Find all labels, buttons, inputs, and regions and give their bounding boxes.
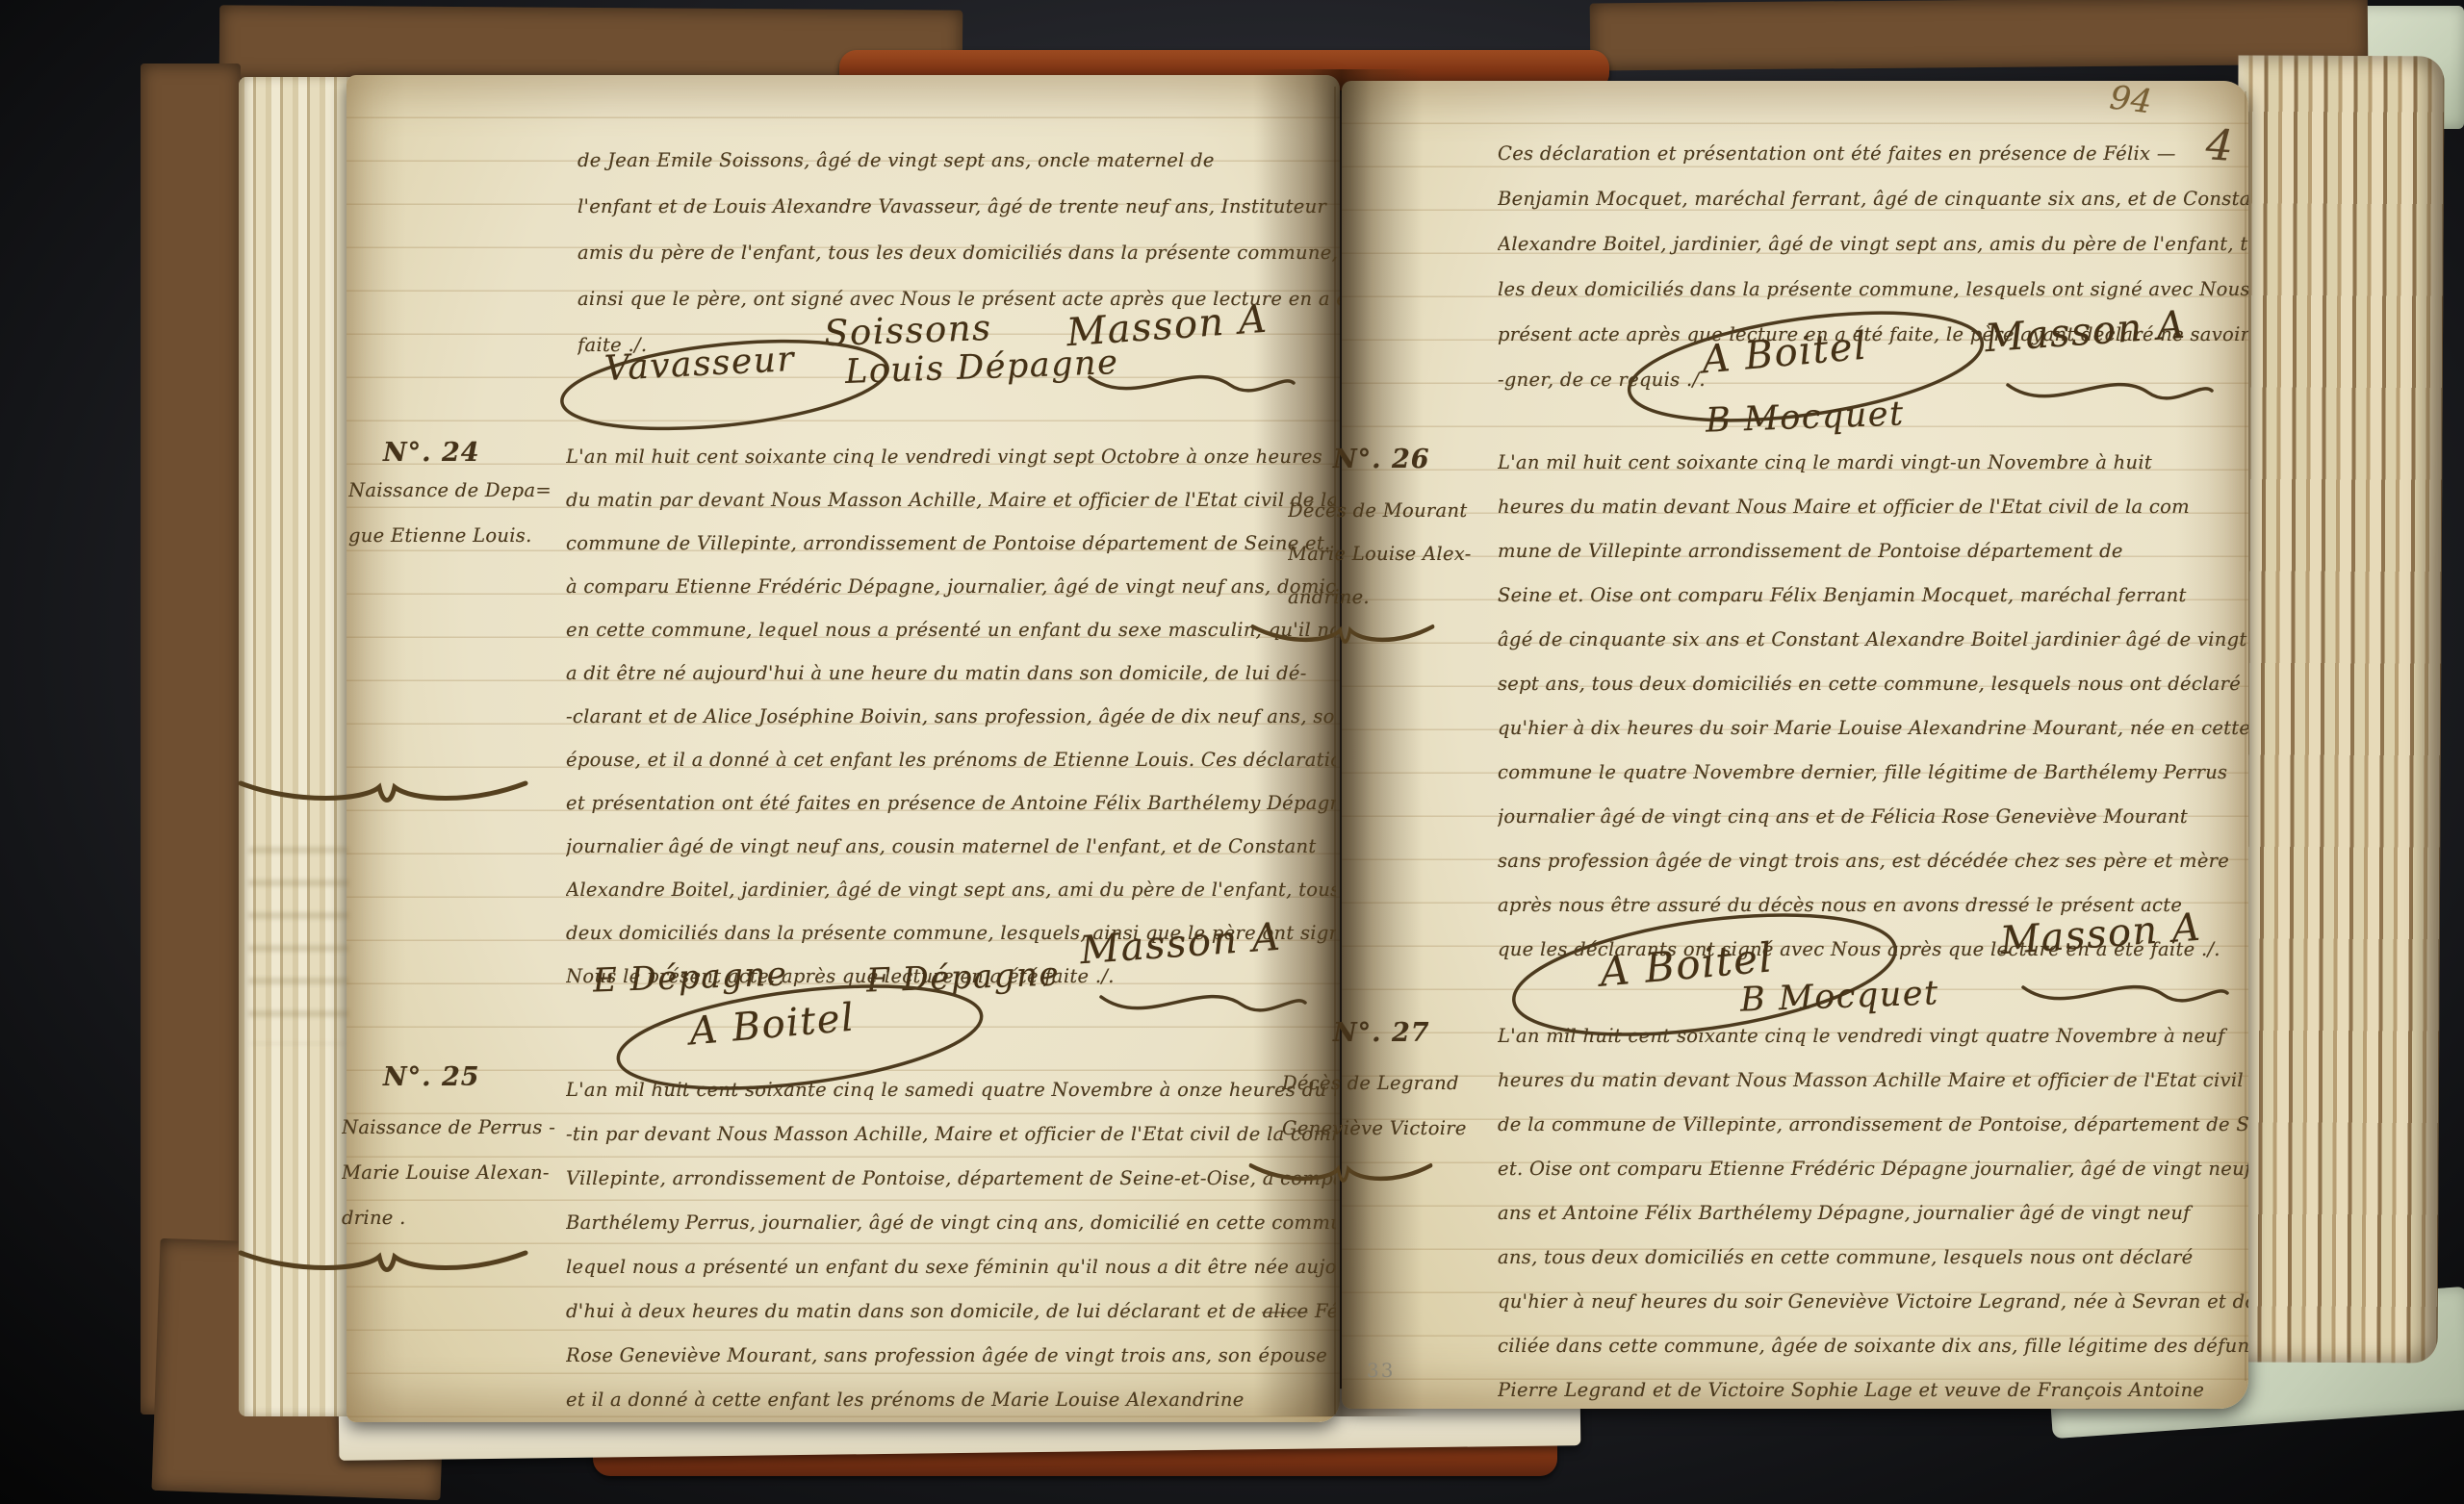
marble-cover-left-edge [141, 64, 241, 1415]
handwritten-line: qu'hier à dix heures du soir Marie Louis… [1498, 706, 2248, 751]
handwritten-line: épouse, et il a donné à cet enfant les p… [566, 738, 1336, 781]
handwritten-line: journalier âgé de vingt cinq ans et de F… [1498, 795, 2248, 839]
handwritten-line: a dit être né aujourd'hui à une heure du… [566, 651, 1336, 695]
handwritten-line: drine . [342, 1195, 571, 1240]
handwritten-line: ans et Antoine Félix Barthélemy Dépagne,… [1498, 1191, 2248, 1236]
handwritten-line: Geneviève Victoire [1282, 1106, 1503, 1151]
entry-24-margin-brace [239, 776, 527, 810]
handwritten-line: gue Etienne Louis. [348, 513, 575, 558]
handwritten-line: L'an mil huit cent soixante cinq le vend… [1498, 1014, 2248, 1058]
handwritten-line: ciliée dans cette commune, âgée de soixa… [1498, 1324, 2248, 1368]
handwritten-line: Alexandre Boitel, jardinier, âgé de ving… [566, 868, 1336, 911]
handwritten-line: Alexandre Boitel, jardinier, âgé de ving… [1498, 221, 2248, 267]
handwritten-line: Barthélemy Perrus, journalier, âgé de vi… [566, 1201, 1336, 1245]
handwritten-line: journalier âgé de vingt neuf ans, cousin… [566, 825, 1336, 868]
handwritten-line: du matin par devant Nous Masson Achille,… [566, 478, 1336, 522]
entry-27-body-text: L'an mil huit cent soixante cinq le vend… [1498, 1014, 2248, 1413]
entry-26-body-text: L'an mil huit cent soixante cinq le mard… [1498, 441, 2248, 972]
handwritten-line: Rose Geneviève Mourant, sans profession … [566, 1334, 1336, 1378]
handwritten-line: Marie Louise Alex- [1288, 532, 1500, 575]
handwritten-line: sept ans, tous deux domiciliés en cette … [1498, 662, 2248, 706]
entry-26-margin-title: Décès de MourantMarie Louise Alex-andrin… [1288, 489, 1500, 619]
handwritten-line: à comparu Etienne Frédéric Dépagne, jour… [566, 565, 1336, 608]
handwritten-line: l'enfant et de Louis Alexandre Vavasseur… [577, 184, 1340, 230]
folio-number: 94 [2108, 78, 2154, 121]
entry-26-margin-brace [1251, 620, 1434, 650]
handwritten-line: les deux domiciliés dans la présente com… [1498, 267, 2248, 312]
handwritten-line: amis du père de l'enfant, tous les deux … [577, 230, 1340, 276]
handwritten-line: Pierre Legrand et de Victoire Sophie Lag… [1498, 1368, 2248, 1413]
signature-paraph-masson-2 [1097, 983, 1309, 1033]
entry-27-margin-brace [1249, 1159, 1432, 1189]
handwritten-line: ans, tous deux domiciliés en cette commu… [1498, 1236, 2248, 1280]
handwritten-line: et présentation ont été faites en présen… [566, 781, 1336, 825]
signature-paraph-masson-3 [2004, 371, 2216, 421]
handwritten-line: L'an mil huit cent soixante cinq le same… [566, 1068, 1336, 1112]
entry-25-margin-title: Naissance de Perrus -Marie Louise Alexan… [342, 1105, 571, 1240]
handwritten-line: Décès de Mourant [1288, 489, 1500, 532]
entry-27-number: N°. 27 [1333, 1018, 1430, 1048]
handwritten-line: commune de Villepinte, arrondissement de… [566, 522, 1336, 565]
entry-24-number: N°. 24 [383, 438, 480, 468]
handwritten-line: de Jean Emile Soissons, âgé de vingt sep… [577, 138, 1340, 184]
handwritten-line: mune de Villepinte arrondissement de Pon… [1498, 529, 2248, 574]
showthrough-ghost-text [248, 847, 348, 1044]
handwritten-line: de la commune de Villepinte, arrondissem… [1498, 1103, 2248, 1147]
handwritten-line: andrine. [1288, 575, 1500, 619]
entry-26-number: N°. 26 [1333, 445, 1430, 474]
handwritten-line: sans profession âgée de vingt trois ans,… [1498, 839, 2248, 883]
handwritten-line: en cette commune, lequel nous a présenté… [566, 608, 1336, 651]
handwritten-line: -tin par devant Nous Masson Achille, Mai… [566, 1112, 1336, 1157]
handwritten-line: Naissance de Depa= [348, 468, 575, 513]
handwritten-line: L'an mil huit cent soixante cinq le mard… [1498, 441, 2248, 485]
handwritten-line: Benjamin Mocquet, maréchal ferrant, âgé … [1498, 176, 2248, 221]
registry-book-photo: de Jean Emile Soissons, âgé de vingt sep… [0, 0, 2464, 1504]
handwritten-line: Naissance de Perrus - [342, 1105, 571, 1150]
handwritten-line: Décès de Legrand [1282, 1060, 1503, 1106]
entry-25-number: N°. 25 [383, 1062, 480, 1092]
handwritten-line: heures du matin devant Nous Maire et off… [1498, 485, 2248, 529]
pencil-folio-note: 33 [1367, 1359, 1395, 1382]
handwritten-line: et il a donné à cette enfant les prénoms… [566, 1378, 1336, 1422]
handwritten-line: Marie Louise Alexan- [342, 1150, 571, 1195]
handwritten-line: -clarant et de Alice Joséphine Boivin, s… [566, 695, 1336, 738]
left-page-edge-stack [239, 77, 352, 1416]
handwritten-line: heures du matin devant Nous Masson Achil… [1498, 1058, 2248, 1103]
signature-b-mocquet-1: B Mocquet [1705, 395, 1905, 440]
signature-b-mocquet-2: B Mocquet [1739, 974, 1939, 1019]
entry-27-margin-title: Décès de LegrandGeneviève Victoire [1282, 1060, 1503, 1151]
handwritten-line: L'an mil huit cent soixante cinq le vend… [566, 435, 1336, 478]
handwritten-line: d'hui à deux heures du matin dans son do… [566, 1289, 1336, 1334]
entry-24-margin-title: Naissance de Depa=gue Etienne Louis. [348, 468, 575, 558]
handwritten-line: Villepinte, arrondissement de Pontoise, … [566, 1157, 1336, 1201]
handwritten-line: Seine et. Oise ont comparu Félix Benjami… [1498, 574, 2248, 618]
entry-24-body-text: L'an mil huit cent soixante cinq le vend… [566, 435, 1336, 998]
handwritten-line: Ces déclaration et présentation ont été … [1498, 131, 2248, 176]
handwritten-line: âgé de cinquante six ans et Constant Ale… [1498, 618, 2248, 662]
handwritten-line: qu'hier à neuf heures du soir Geneviève … [1498, 1280, 2248, 1324]
entry-25-margin-brace [239, 1245, 527, 1280]
handwritten-line: et. Oise ont comparu Etienne Frédéric Dé… [1498, 1147, 2248, 1191]
page-block-fore-edge [2231, 55, 2444, 1363]
handwritten-line: lequel nous a présenté un enfant du sexe… [566, 1245, 1336, 1289]
entry-25-body-text: L'an mil huit cent soixante cinq le same… [566, 1068, 1336, 1422]
handwritten-line: commune le quatre Novembre dernier, fill… [1498, 751, 2248, 795]
signature-paraph-masson-1 [1086, 364, 1297, 414]
